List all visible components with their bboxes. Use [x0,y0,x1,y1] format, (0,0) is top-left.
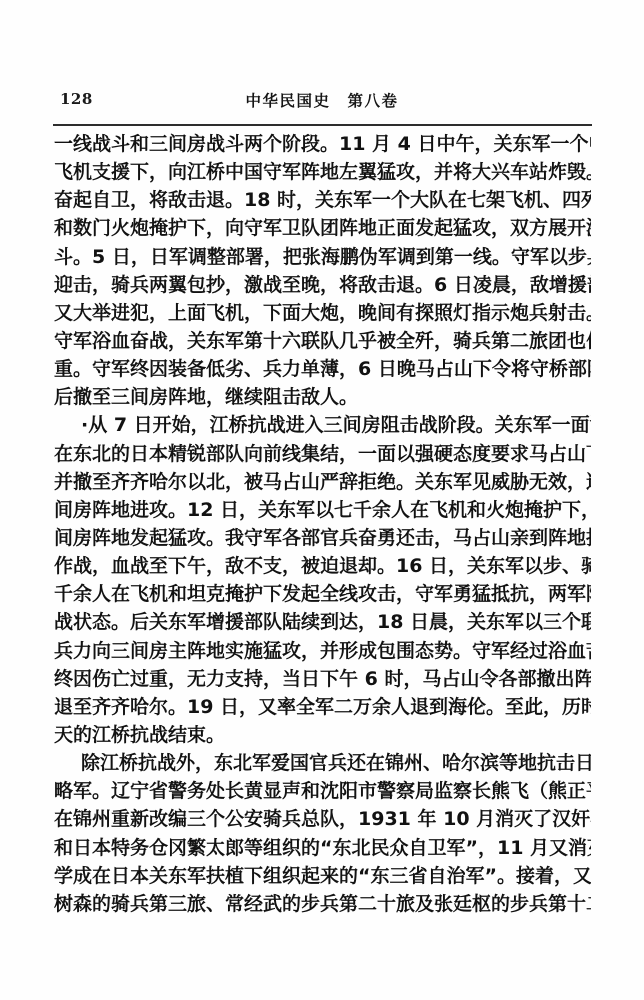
text-line: 天的江桥抗战结束。 [54,721,591,749]
text-line: 间房阵地进攻。12 日，关东军以七千余人在飞机和火炮掩护下，向三 [54,496,591,524]
text-line: 学成在日本关东军扶植下组织起来的“东三省自治军”。接着，又与张 [54,862,591,890]
body-text: 一线战斗和三间房战斗两个阶段。11 月 4 日中午，关东军一个中队在飞机支援下，… [54,130,591,918]
text-line: 守军浴血奋战，关东军第十六联队几乎被全歼，骑兵第二旅团也伤亡惨 [54,327,591,355]
text-line: 奋起自卫，将敌击退。18 时，关东军一个大队在七架飞机、四列铁甲车 [54,186,591,214]
text-line: 重。守军终因装备低劣、兵力单薄，6 日晚马占山下令将守桥部队主力 [54,355,591,383]
text-line: 在锦州重新改编三个公安骑兵总队，1931 年 10 月消灭了汉奸凌印清 [54,805,591,833]
text-line: 一线战斗和三间房战斗两个阶段。11 月 4 日中午，关东军一个中队在 [54,130,591,158]
text-line: 飞机支援下，向江桥中国守军阵地左翼猛攻，并将大兴车站炸毁。守军 [54,158,591,186]
text-line: 千余人在飞机和坦克掩护下发起全线攻击，守军勇猛抵抗，两军陷入混 [54,580,591,608]
text-line: 兵力向三间房主阵地实施猛攻，并形成包围态势。守军经过浴血苦战， [54,637,591,665]
text-line: 迎击，骑兵两翼包抄，激战至晚，将敌击退。6 日凌晨，敌增援部队到达 [54,271,591,299]
text-line: 在东北的日本精锐部队向前线集结，一面以强硬态度要求马占山下野， [54,440,591,468]
text-line: ·从 7 日开始，江桥抗战进入三间房阻击战阶段。关东军一面调集 [54,411,591,439]
text-line: 斗。5 日，日军调整部署，把张海鹏伪军调到第一线。守军以步兵正面 [54,243,591,271]
text-line: 除江桥抗战外，东北军爱国官兵还在锦州、哈尔滨等地抗击日本侵 [54,749,591,777]
text-line: 退至齐齐哈尔。19 日，又率全军二万余人退到海伦。至此，历时十六· [54,693,591,721]
header-rule [53,124,592,126]
text-line: 和数门火炮掩护下，向守军卫队团阵地正面发起猛攻，双方展开激烈战 [54,214,591,242]
text-line: 间房阵地发起猛攻。我守军各部官兵奋勇还击，马占山亲到阵地指挥 [54,524,591,552]
text-line: 后撤至三间房阵地，继续阻击敌人。 [54,383,591,411]
text-line: 树森的骑兵第三旅、常经武的步兵第二十旅及张廷枢的步兵第十二旅， [54,890,591,918]
text-line: 又大举进犯，上面飞机，下面大炮，晚间有探照灯指示炮兵射击。江桥 [54,299,591,327]
running-title: 中华民国史 第八卷 [0,89,644,111]
text-line: 和日本特务仓冈繁太郎等组织的“东北民众自卫军”，11 月又消灭了张 [54,834,591,862]
text-line: 作战，血战至下午，敌不支，被迫退却。16 日，关东军以步、骑、炮兵四 [54,552,591,580]
book-page: 128 中华民国史 第八卷 一线战斗和三间房战斗两个阶段。11 月 4 日中午，… [0,0,644,1000]
text-line: 略军。辽宁省警务处长黄显声和沈阳市警察局监察长熊飞（熊正平）， [54,777,591,805]
text-line: 终因伤亡过重，无力支持，当日下午 6 时，马占山令各部撤出阵地，晚间 [54,665,591,693]
text-line: 并撤至齐齐哈尔以北，被马占山严辞拒绝。关东军见威胁无效，遂向三 [54,468,591,496]
text-line: 战状态。后关东军增援部队陆续到达，18 日晨，关东军以三个联队的 [54,608,591,636]
